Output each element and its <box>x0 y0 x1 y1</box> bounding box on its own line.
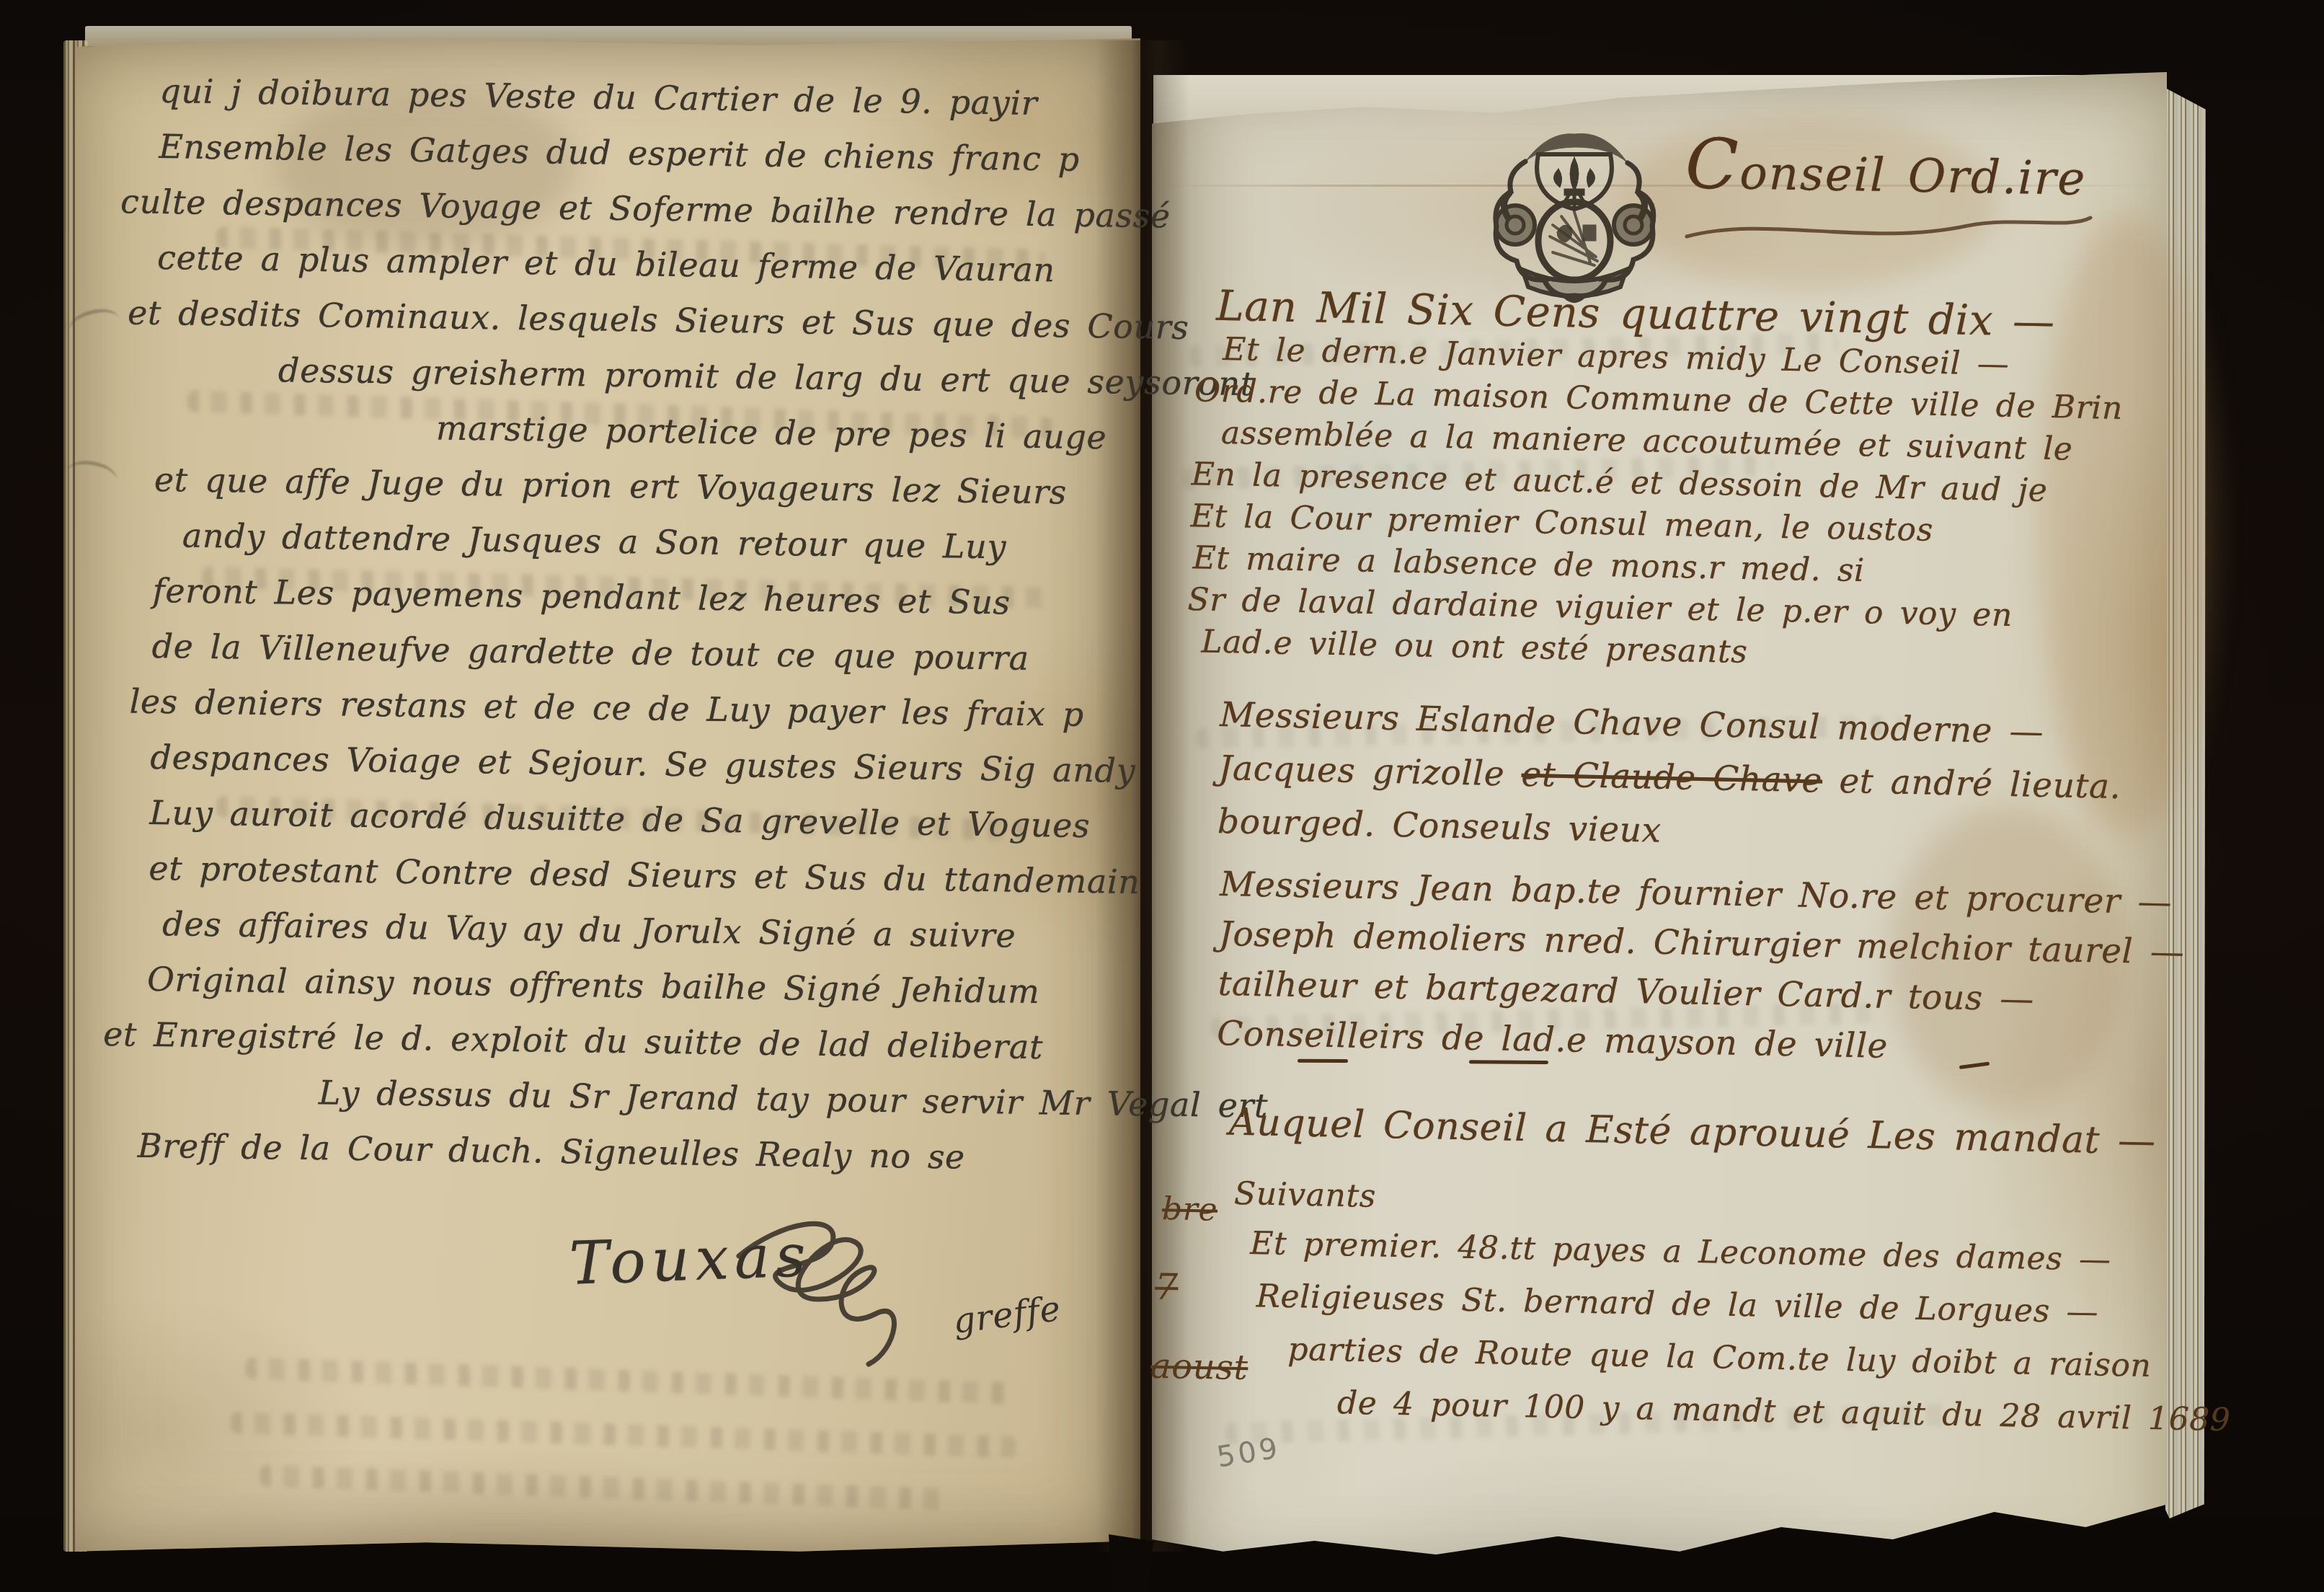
attendees-conseillers-block: Messieurs Jean bap.te fournier No.re et … <box>1217 859 2186 1077</box>
manuscript-line: marstige portelice de pre pes li auge <box>435 400 1114 465</box>
margin-note-struck: bre <box>1162 1190 1218 1228</box>
heading-flourish-icon <box>1680 208 2098 258</box>
struck-text: et Claude Chave <box>1521 755 1822 801</box>
margin-note-struck: 7 <box>1154 1266 1178 1309</box>
attendees-consuls-block: Messieurs Eslande Chave Consul moderne —… <box>1217 689 2122 867</box>
fleur-de-lis-stamp-icon <box>1478 117 1671 310</box>
margin-note-struck: aoust <box>1150 1346 1249 1388</box>
gutter-gap <box>1109 1534 1153 1592</box>
manuscript-line: dessus greisherm promit de larg du ert q… <box>278 342 1115 410</box>
left-page-text-block: qui j doibura pes Veste du Cartier de le… <box>144 63 1118 1187</box>
signature-paraph-icon <box>724 1191 941 1371</box>
manuscript-scan: qui j doibura pes Veste du Cartier de le… <box>0 0 2324 1592</box>
separator-dash <box>1469 1060 1548 1064</box>
page-heading: Conseil Ord.ire <box>1685 123 2087 211</box>
resolution-line: Suivants <box>1233 1175 1376 1215</box>
separator-dash <box>1298 1059 1348 1063</box>
payment-entry-block: Et premier. 48.tt payes a Leconome des d… <box>1246 1217 2234 1446</box>
opening-paragraph: Lan Mil Six Cens quattre vingt dix —Et l… <box>1217 283 2118 681</box>
